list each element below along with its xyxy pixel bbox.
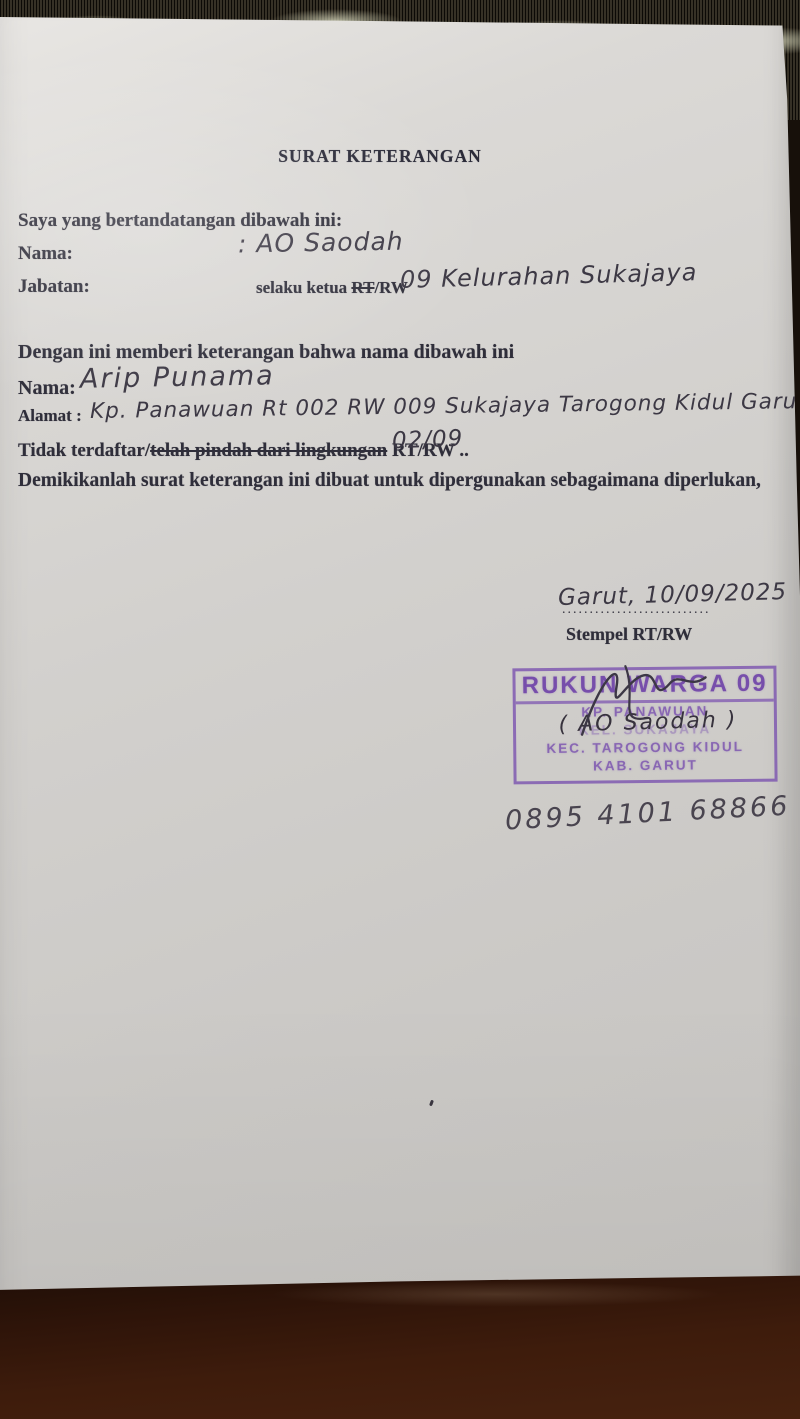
rt-rw-stamp: RUKUN WARGA 09 KP. PANAWUAN KEL. SUKAJAY… xyxy=(512,666,777,785)
jabatan-handwritten: 09 Kelurahan Sukajaya xyxy=(400,258,698,294)
signature-scribble xyxy=(563,653,734,750)
jabatan-label: Jabatan: xyxy=(18,276,90,298)
jabatan-struck-text: RT xyxy=(351,278,374,297)
jabatan-prefix-text: selaku ketua xyxy=(256,278,351,297)
stempel-label: Stempel RT/RW xyxy=(566,624,692,645)
stamp-line-kab-garut: KAB. GARUT xyxy=(516,756,774,777)
nama-handwritten: : AO Saodah xyxy=(238,227,404,259)
nama-label: Nama: xyxy=(18,243,73,265)
letter-paper: SURAT KETERANGAN Saya yang bertandatanga… xyxy=(0,0,800,1419)
jabatan-printed: selaku ketua RT/RW xyxy=(256,278,408,298)
alamat-handwritten: Kp. Panawuan Rt 002 RW 009 Sukajaya Taro… xyxy=(90,389,800,424)
letter-title: SURAT KETERANGAN xyxy=(0,146,760,167)
alamat-label: Alamat : xyxy=(18,406,82,426)
status-struck-text: telah pindah dari lingkungan xyxy=(150,440,387,461)
ink-speck xyxy=(429,1100,434,1107)
phone-handwritten: 0895 4101 68866 xyxy=(504,791,791,837)
photo-scene: SURAT KETERANGAN Saya yang bertandatanga… xyxy=(0,0,800,1419)
date-handwritten: Garut, 10/09/2025 xyxy=(558,579,788,611)
status-prefix-text: Tidak terdaftar/ xyxy=(18,440,150,461)
subject-nama-label: Nama: xyxy=(18,377,76,400)
subject-nama-handwritten: Arip Punama xyxy=(80,360,275,394)
status-handwritten: 02/09 xyxy=(392,426,464,454)
closing-text: Demikikanlah surat keterangan ini dibuat… xyxy=(18,470,761,492)
